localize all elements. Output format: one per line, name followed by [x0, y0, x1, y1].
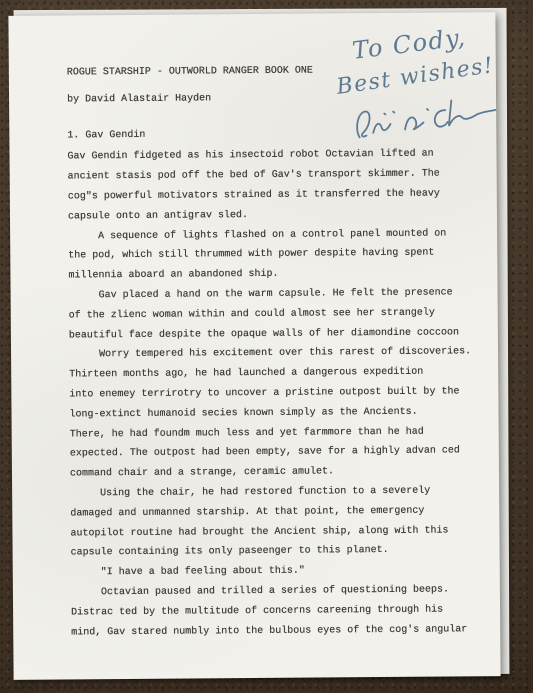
body-line: autopilot routine had brought the Ancien…: [70, 521, 481, 544]
body-line: mind, Gav stared numbly into the bulbous…: [71, 620, 482, 643]
body-line: damaged and unmanned starship. At that p…: [70, 501, 481, 524]
body-line: the pod, which still thrummed with power…: [68, 244, 479, 267]
book-title: ROGUE STARSHIP - OUTWORLD RANGER BOOK ON…: [67, 60, 478, 83]
photo-of-manuscript-on-leather: ROGUE STARSHIP - OUTWORLD RANGER BOOK ON…: [0, 0, 533, 693]
body-line: of the zlienc woman within and could alm…: [69, 303, 480, 326]
body-line: into enemey terrirotry to uncover a pris…: [69, 382, 480, 405]
body-line: cog"s powerful motivators strained as it…: [68, 184, 479, 207]
chapter-body: Gav Gendin fidgeted as his insectoid rob…: [67, 145, 482, 643]
typed-text-block: ROGUE STARSHIP - OUTWORLD RANGER BOOK ON…: [67, 60, 483, 643]
body-line: expected. The outpost had been empty, sa…: [70, 442, 481, 465]
body-line: Distrac ted by the multitude of concerns…: [71, 600, 482, 623]
